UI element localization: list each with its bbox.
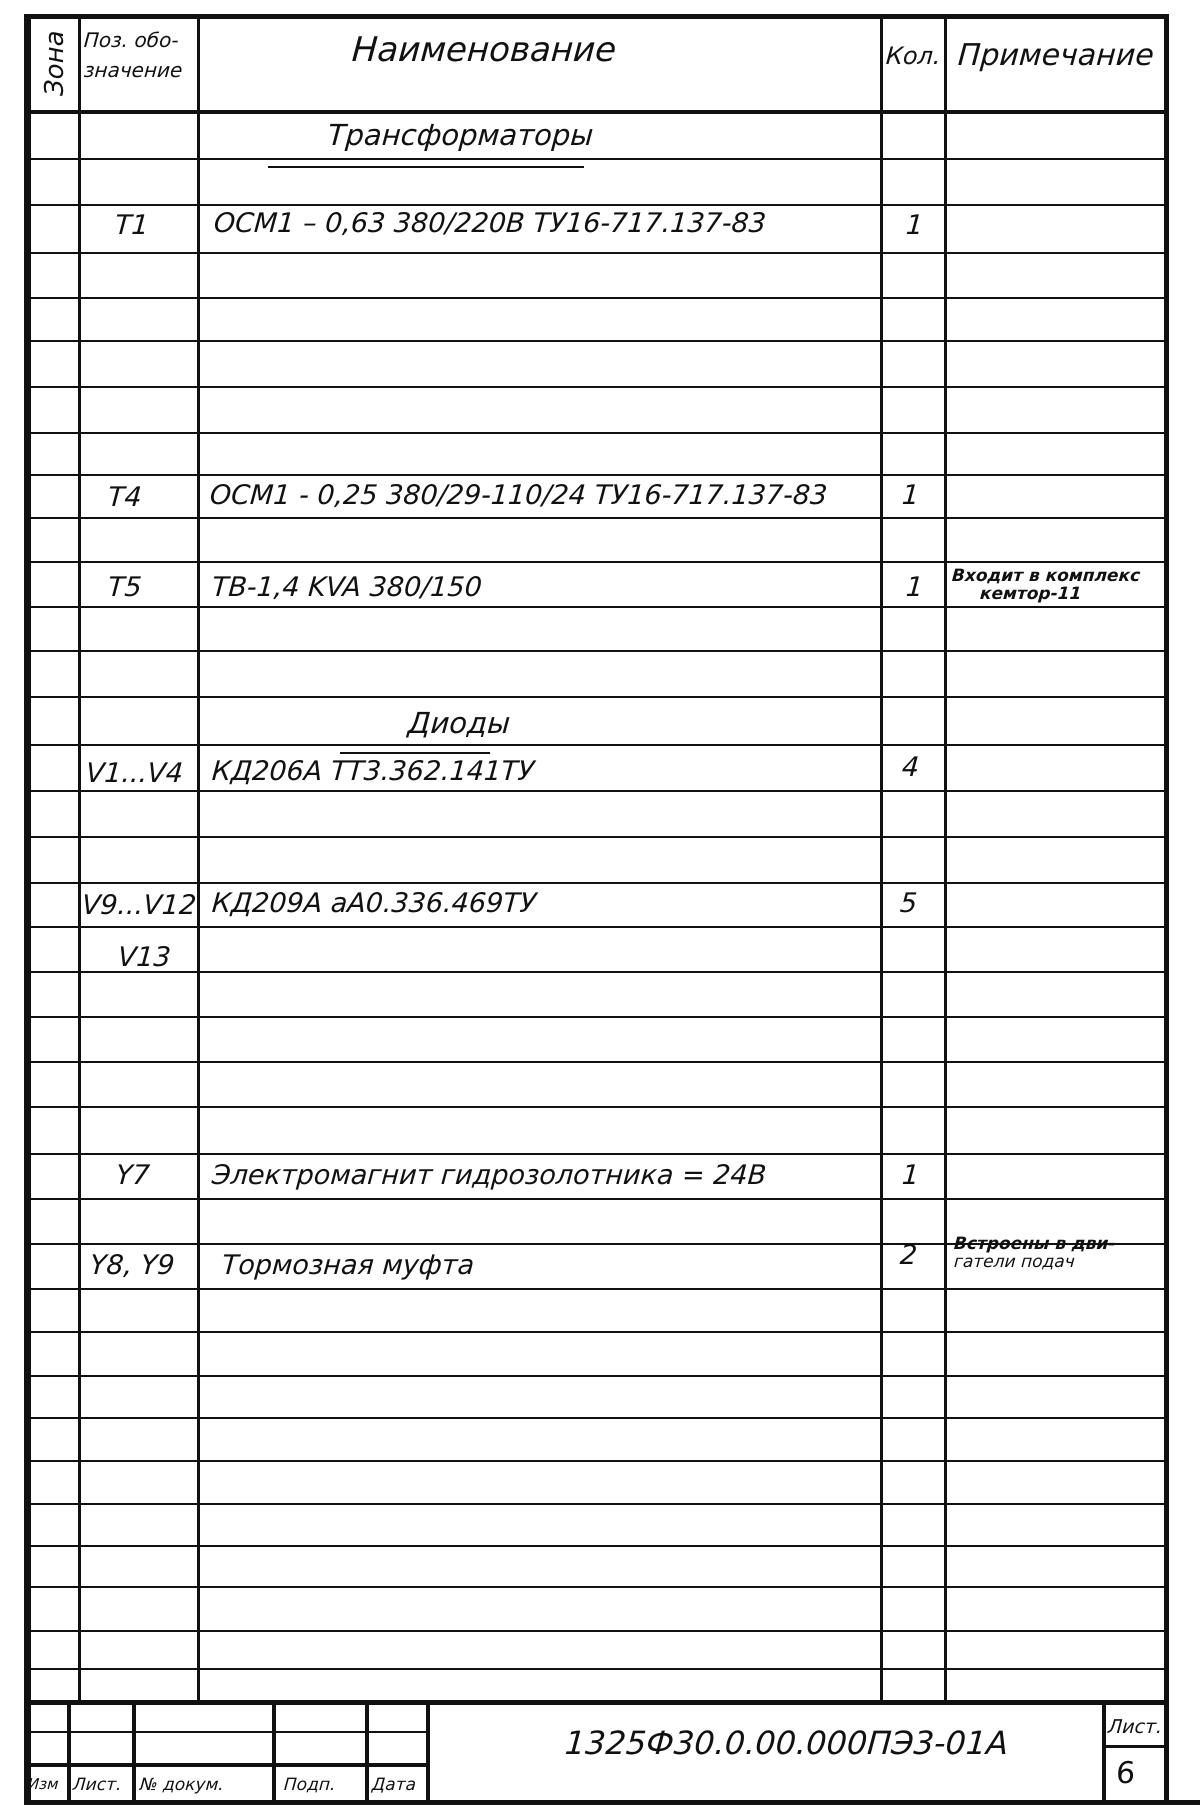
row-rule [28, 1061, 1166, 1063]
row-rule [28, 926, 1166, 928]
title-block-top [24, 1700, 1169, 1705]
row-poz: T1 [114, 210, 150, 241]
row-rule [28, 836, 1166, 838]
tb-label-docnum: № докум. [139, 1775, 224, 1795]
header-poz-line1: Поз. обо- [83, 28, 179, 52]
row-rule [28, 1153, 1166, 1155]
tb-sep-sheet [1102, 1700, 1106, 1804]
header-poz-line2: значение [83, 58, 183, 82]
row-name: Электромагнит гидрозолотника = 24В [211, 1160, 767, 1191]
row-rule [28, 340, 1166, 342]
frame-right [1164, 14, 1169, 1804]
frame-left [24, 14, 31, 1804]
row-poz: Y7 [115, 1160, 151, 1191]
row-rule [28, 1198, 1166, 1200]
row-rule [28, 744, 1166, 746]
row-rule [28, 1586, 1166, 1588]
row-poz: T5 [107, 572, 143, 603]
spec-sheet: Зона Поз. обо- значение Наименование Кол… [0, 0, 1200, 1814]
row-rule [28, 606, 1166, 608]
frame-bottom [24, 1800, 1200, 1805]
row-rule [28, 561, 1166, 563]
tb-sep-5 [426, 1700, 430, 1804]
row-qty: 1 [905, 210, 924, 241]
section-title-transformers: Трансформаторы [327, 118, 595, 152]
col-sep-zona [78, 14, 81, 1702]
tb-label-sign: Подп. [283, 1775, 336, 1795]
tb-label-izm: Изм [27, 1775, 59, 1793]
row-poz: V9...V12 [81, 890, 197, 921]
tb-sep-1 [67, 1700, 71, 1804]
header-name: Наименование [351, 30, 618, 70]
row-name: ТВ-1,4 KVA 380/150 [211, 572, 483, 603]
row-name: КД206А ТТ3.362.141ТУ [211, 756, 535, 787]
header-note: Примечание [957, 38, 1155, 73]
row-note-line1: Входит в комплекс [951, 568, 1140, 585]
row-name: Тормозная муфта [221, 1250, 475, 1281]
row-rule [28, 1016, 1166, 1018]
row-name: КД209А аА0.336.469ТУ [211, 888, 537, 919]
tb-sep-4 [365, 1700, 369, 1804]
row-qty: 5 [899, 888, 918, 919]
row-rule [28, 252, 1166, 254]
row-rule [28, 474, 1166, 476]
row-poz: V1...V4 [85, 758, 184, 789]
row-poz: Y8, Y9 [89, 1250, 176, 1281]
row-poz: V13 [117, 942, 172, 973]
row-rule [28, 1630, 1166, 1632]
row-rule [28, 432, 1166, 434]
col-sep-name [880, 14, 883, 1702]
row-rule [28, 1375, 1166, 1377]
row-rule [28, 1331, 1166, 1333]
row-qty: 1 [901, 480, 920, 511]
section-underline-transformers [268, 166, 584, 168]
row-rule [28, 386, 1166, 388]
row-poz: T4 [107, 482, 143, 513]
row-rule [28, 971, 1166, 973]
row-rule [28, 1106, 1166, 1108]
row-rule [28, 1288, 1166, 1290]
row-rule [28, 790, 1166, 792]
row-rule [28, 297, 1166, 299]
row-note-line2: кемтор-11 [979, 586, 1082, 603]
row-rule [28, 696, 1166, 698]
row-rule [28, 882, 1166, 884]
row-qty: 2 [899, 1240, 918, 1271]
row-note-line1: Встроены в дви- [953, 1236, 1116, 1253]
row-rule [28, 1668, 1166, 1670]
row-rule [28, 650, 1166, 652]
row-qty: 4 [901, 752, 920, 783]
col-sep-qty [944, 14, 947, 1702]
row-rule [28, 1545, 1166, 1547]
row-rule [28, 158, 1166, 160]
row-rule [28, 204, 1166, 206]
section-title-diodes: Диоды [407, 706, 512, 740]
row-rule [28, 1503, 1166, 1505]
document-number: 1325Ф30.0.00.000ПЭ3-01А [564, 1724, 1010, 1762]
row-rule [28, 1417, 1166, 1419]
col-sep-poz [197, 14, 200, 1702]
row-name: ОСМ1 - 0,25 380/29-110/24 ТУ16-717.137-8… [209, 480, 828, 511]
header-qty: Кол. [885, 44, 941, 68]
row-rule [28, 1460, 1166, 1462]
header-divider [26, 110, 1166, 114]
row-qty: 1 [905, 572, 924, 603]
row-name: ОСМ1 – 0,63 380/220В ТУ16-717.137-83 [213, 208, 767, 239]
tb-sep-2 [132, 1700, 136, 1804]
tb-label-list: Лист. [72, 1775, 122, 1795]
tb-sep-3 [272, 1700, 276, 1804]
section-overline-diodes [340, 752, 490, 754]
row-qty: 1 [901, 1160, 920, 1191]
row-rule [28, 517, 1166, 519]
tb-label-date: Дата [371, 1775, 416, 1795]
sheet-label: Лист. [1107, 1716, 1163, 1738]
tb-sheet-divider [1102, 1745, 1166, 1748]
header-zona: Зона [40, 30, 70, 96]
sheet-number: 6 [1115, 1756, 1137, 1791]
row-note-line2: гатели подач [953, 1254, 1075, 1271]
